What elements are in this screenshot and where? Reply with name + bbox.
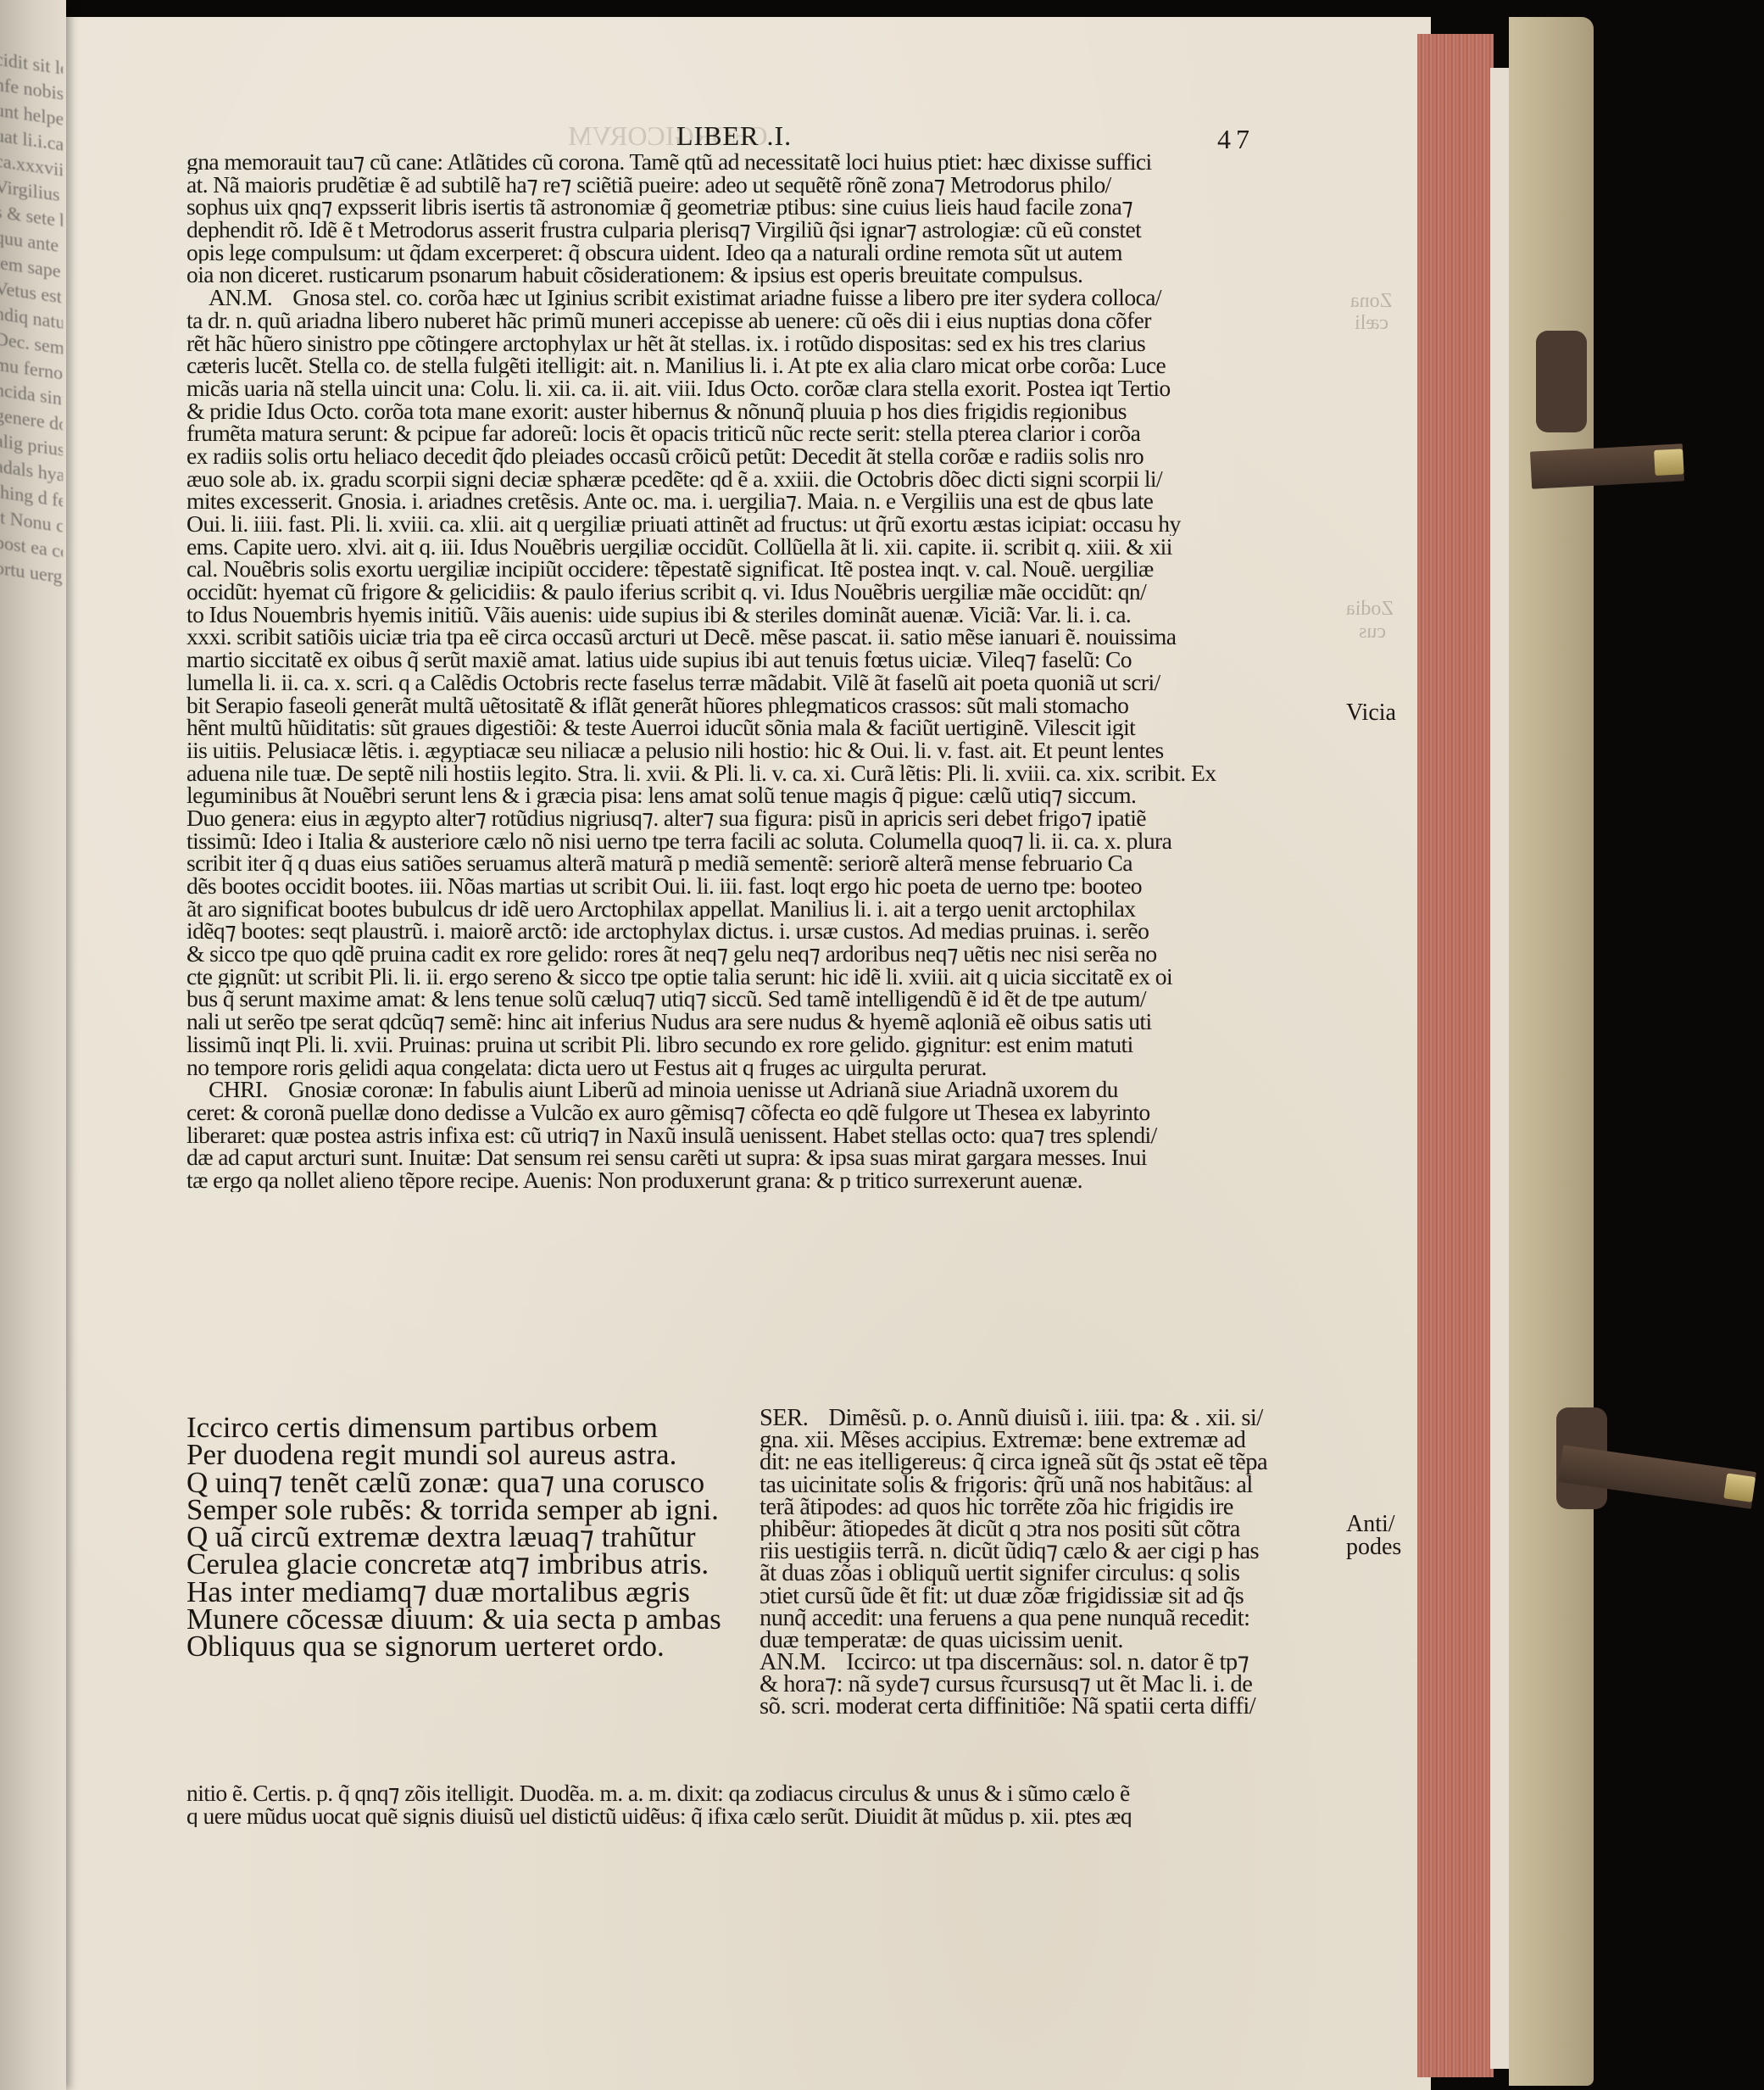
commentary-line: Duo genera: eius in ægypto alter⁊ rotũdi… (186, 807, 1356, 830)
commentary-line: tissimũ: Ideo i Italia & austeriore cælo… (186, 830, 1356, 853)
commentary-line: opis lege compulsum: ut q̃dam excerperet… (186, 242, 1356, 265)
commentary-line: nitio ẽ. Certis. p. q̃ qnq⁊ zõis itellig… (186, 1782, 1356, 1805)
commentary-line: dephendit rõ. Idẽ ẽ t Metrodorus asserit… (186, 219, 1356, 242)
ghost-marginal-zodia: Zodia (1346, 598, 1394, 620)
commentary-line: oia non diceret. rusticarum psonarum hab… (186, 264, 1356, 287)
marginal-note-anti: Anti/ (1346, 1513, 1395, 1535)
commentary-line: tæ ergo qa nollet alieno tẽpore recipe. … (186, 1169, 1356, 1192)
commentary-line: xxxi. scribit satiõis uiciæ tria tpa eẽ … (186, 626, 1356, 649)
red-stained-fore-edge (1417, 34, 1494, 2077)
commentator-siglum: SER. (760, 1407, 808, 1430)
commentary-line: rẽt hãc hũero sinistro ppe cõtingere arc… (186, 332, 1356, 355)
commentator-siglum: AN.M. (760, 1652, 826, 1674)
running-head: LIBER .I. (676, 120, 792, 152)
commentary-line: to Idus Nouembris hyemis initiũ. Vãis au… (186, 604, 1356, 627)
commentary-line: tas uicinitate solis & frigoris: q̃rũ un… (760, 1474, 1353, 1496)
virgil-verse-block: Iccirco certis dimensum partibus orbemPe… (186, 1414, 746, 1661)
previous-page-text: cidit sit leda. Atinfe nobis mopiit nõun… (0, 46, 63, 589)
commentary-line: sophus uix qnq⁊ expsserit libris isertis… (186, 196, 1356, 219)
commentary-line: at. Nã maioris prudẽtiæ ẽ ad subtilẽ ha⁊… (186, 174, 1356, 197)
marginal-note-podes: podes (1346, 1536, 1401, 1558)
clasp-strap-top[interactable] (1530, 443, 1684, 488)
commentary-line: iis uitiis. Pelusiacæ lẽtis. i. ægyptiac… (186, 739, 1356, 762)
commentary-line: mites excesserit. Gnosia. i. ariadnes cr… (186, 490, 1356, 513)
commentary-line: occidũt: hyemat cũ frigore & gelicidiis:… (186, 581, 1356, 604)
clasp-anchor-top (1536, 331, 1587, 432)
commentary-line: riis uestigiis terrã. n. dicũt ũdiq⁊ cæl… (760, 1541, 1353, 1563)
commentary-line: nunq̃ accedit: una feruens a qua pene nu… (760, 1608, 1353, 1630)
commentary-line: aduena nile tuæ. De septẽ nili hostiis l… (186, 762, 1356, 785)
commentary-line: terã ãtipodes: ad quos hic torrẽte zõa h… (760, 1496, 1353, 1519)
commentary-line: leguminibus ãt Nouẽbri serunt lens & i g… (186, 784, 1356, 807)
commentary-line: ems. Capite uero. xlvi. ait q. iii. Idus… (186, 536, 1356, 559)
commentary-line: CHRI.Gnosiæ coronæ: In fabulis aiunt Lib… (186, 1078, 1356, 1101)
commentary-line: cte gignũt: ut scribit Pli. li. ii. ergo… (186, 966, 1356, 989)
ghost-marginal-caeli: cæli (1355, 312, 1388, 334)
commentary-line: Oui. li. iiii. fast. Pli. li. xviii. ca.… (186, 513, 1356, 536)
commentary-line: liberaret: quæ postea astris infixa est:… (186, 1124, 1356, 1147)
commentary-line: ɔtiet cursũ ũde ẽt fit: ut duæ zõæ frigi… (760, 1586, 1353, 1608)
commentary-line: no tempore roris gelidi aqua congelata: … (186, 1056, 1356, 1079)
commentary-line: phibẽur: ãtiopedes ãt dicũt q ɔtra nos p… (760, 1519, 1353, 1541)
commentary-line: & hora⁊: nã syde⁊ cursus r̃cursusq⁊ ut ẽ… (760, 1674, 1353, 1696)
commentary-line: scribit iter q̃ q duas eius satiões seru… (186, 852, 1356, 875)
commentary-line: AN.M.Iccirco: ut tpa discernãus: sol. n.… (760, 1652, 1353, 1674)
commentary-line: gna. xii. Mẽses accipius. Extremæ: bene … (760, 1430, 1353, 1452)
commentary-line: dæ ad caput arcturi sunt. Inuitæ: Dat se… (186, 1146, 1356, 1169)
commentary-line: lumella li. ii. ca. x. scri. q a Calẽdis… (186, 672, 1356, 694)
commentary-line: nali ut serẽo tpe serat qdcũq⁊ semẽ: hin… (186, 1011, 1356, 1034)
verse-line: Cerulea glacie concretæ atq⁊ imbribus at… (186, 1551, 746, 1578)
commentary-line: bus q̃ serunt maxime amat: & lens tenue … (186, 988, 1356, 1011)
commentator-siglum: CHRI. (209, 1078, 268, 1101)
commentary-line: ãt duas zõas i obliquũ uertit signifer c… (760, 1563, 1353, 1585)
commentary-text: Gnosiæ coronæ: In fabulis aiunt Liberũ a… (288, 1078, 1118, 1101)
commentary-line: & pridie Idus Octo. corõa tota mane exor… (186, 400, 1356, 423)
commentary-line: ãt aro significat bootes bubulcus dr idẽ… (186, 898, 1356, 921)
brass-clasp-icon (1654, 449, 1684, 476)
commentary-line: AN.M.Gnosa stel. co. corõa hæc ut Iginiu… (186, 287, 1356, 309)
commentary-text: Iccirco: ut tpa discernãus: sol. n. dato… (846, 1652, 1249, 1674)
commentary-line: dẽs bootes occidit bootes. iii. Nõas mar… (186, 875, 1356, 898)
commentary-text: Dimẽsũ. p. o. Annũ diuisũ i. iiii. tpa: … (828, 1407, 1262, 1430)
commentary-line: martio siccitatẽ ex oibus q̃ serũt maxiẽ… (186, 649, 1356, 672)
commentary-line: sõ. scri. moderat certa diffinitiõe: Nã … (760, 1696, 1353, 1718)
commentary-line: SER.Dimẽsũ. p. o. Annũ diuisũ i. iiii. t… (760, 1407, 1353, 1430)
ghost-marginal-cus: cus (1359, 621, 1386, 643)
commentary-line: duæ temperatæ: de quas uicissim uenit. (760, 1630, 1353, 1652)
commentary-line: & sicco tpe quo qdẽ pruina cadit ex rore… (186, 943, 1356, 966)
commentary-line: cal. Nouẽbris solis exortu uergiliæ inci… (186, 558, 1356, 581)
commentary-line: dit: ne eas itelligereus: q̃ circa igneã… (760, 1452, 1353, 1474)
book-page: GEORGICORVM LIBER .I. 47 gna memorauit t… (58, 17, 1431, 2090)
ghost-marginal-zona: Zona (1350, 290, 1392, 312)
brass-clasp-icon (1723, 1473, 1756, 1502)
marginal-note-vicia: Vicia (1346, 702, 1396, 724)
commentary-line: ceret: & coronã puellæ dono dedisse a Vu… (186, 1101, 1356, 1124)
previous-page-curl: cidit sit leda. Atinfe nobis mopiit nõun… (0, 0, 66, 2090)
commentary-line: idẽq⁊ bootes: seqt plaustrũ. i. maiorẽ a… (186, 920, 1356, 943)
commentary-tail: nitio ẽ. Certis. p. q̃ qnq⁊ zõis itellig… (186, 1782, 1356, 1827)
commentary-line: ex radiis solis ortu heliaco decedit q̃d… (186, 445, 1356, 468)
commentator-siglum: AN.M. (209, 287, 272, 309)
commentary-line: micãs uaria nã stella uincit una: Colu. … (186, 377, 1356, 400)
commentary-text: Gnosa stel. co. corõa hæc ut Iginius scr… (292, 287, 1161, 309)
commentary-line: bit Serapio faseoli generãt multã uẽtosi… (186, 694, 1356, 717)
commentary-line: frumẽta matura serunt: & pcipue far ador… (186, 422, 1356, 445)
commentary-line: ta dr. n. quũ ariadna libero nuberet hãc… (186, 309, 1356, 332)
commentary-line: cæteris lucẽt. Stella co. de stella fulg… (186, 354, 1356, 377)
verse-line: Per duodena regit mundi sol aureus astra… (186, 1441, 746, 1469)
verse-line: Obliquus qua se signorum uerteret ordo. (186, 1633, 746, 1660)
vellum-cover (1509, 17, 1594, 2086)
commentary-line: æuo sole ab. ix. gradu scorpii signi dec… (186, 468, 1356, 491)
commentary-line: lissimũ inqt Pli. li. xvii. Pruinas: pru… (186, 1034, 1356, 1056)
commentary-line: gna memorauit tau⁊ cũ cane: Atlãtides cũ… (186, 151, 1356, 174)
commentary-right-column: SER.Dimẽsũ. p. o. Annũ diuisũ i. iiii. t… (760, 1407, 1353, 1719)
commentary-line: q uere mũdus uocat quẽ signis diuisũ uel… (186, 1805, 1356, 1828)
commentary-line: hẽnt multũ hũiditatis: sũt graues digest… (186, 716, 1356, 739)
commentary-block: gna memorauit tau⁊ cũ cane: Atlãtides cũ… (186, 151, 1356, 1192)
